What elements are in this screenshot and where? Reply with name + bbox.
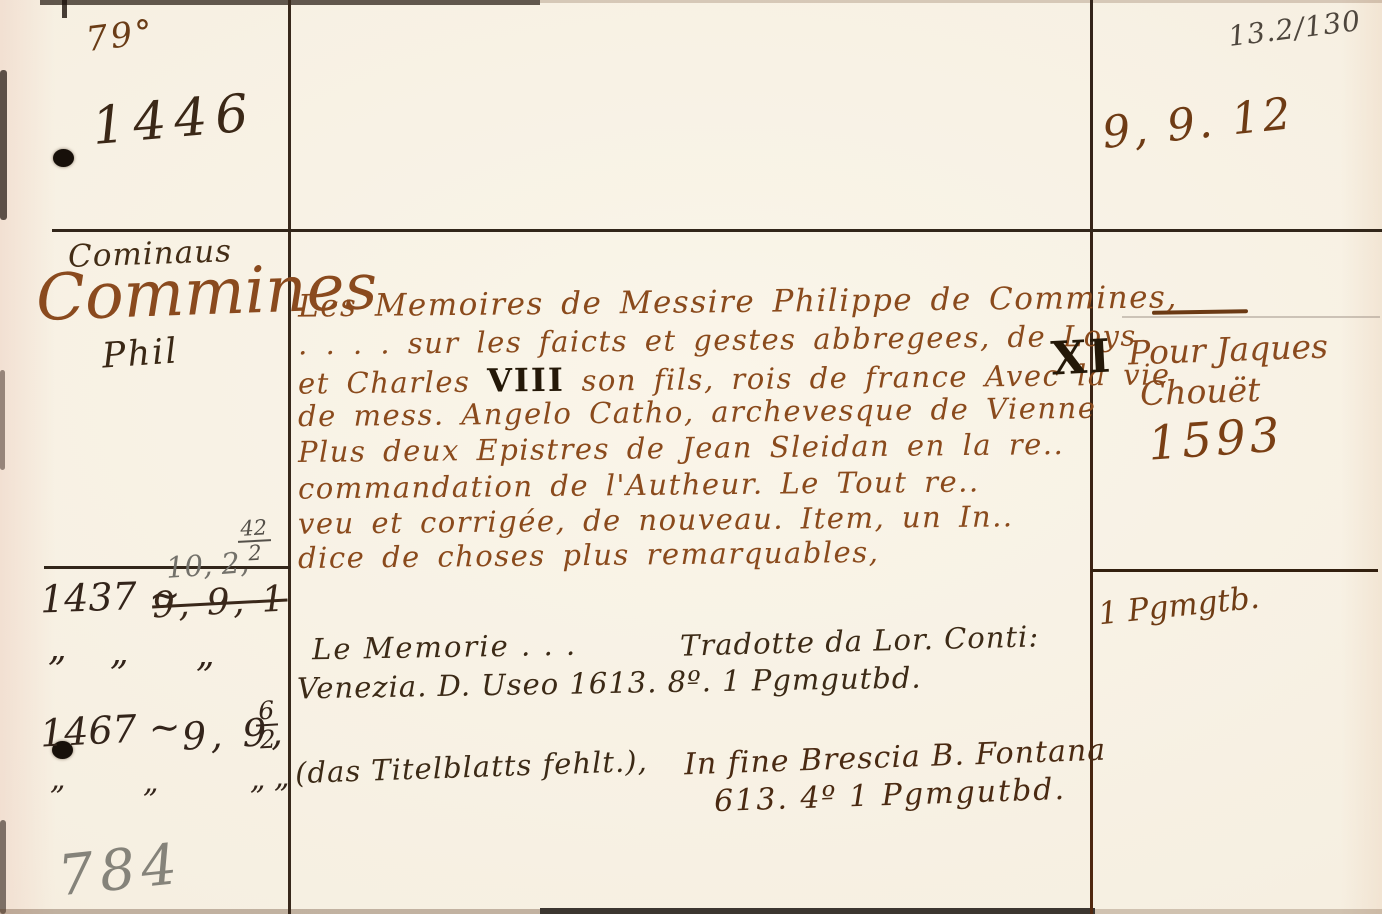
catalog-card: 79° 1446 13.2/130 9, 9. 12 Cominaus Comm… bbox=[0, 0, 1382, 914]
pencil-number: 784 bbox=[55, 832, 186, 910]
publisher-line-2: Chouët bbox=[1139, 370, 1261, 413]
card-edge-left-dark-2 bbox=[0, 370, 5, 470]
missing-titlepage-note: (das Titelblatts fehlt.), bbox=[295, 744, 649, 790]
card-edge-left-dark-1 bbox=[0, 70, 7, 220]
title-line-7: veu et corrigée, de nouveau. Item, un In… bbox=[298, 499, 1014, 540]
italian-translator: Tradotte da Lor. Conti: bbox=[680, 619, 1040, 662]
title-line-2: . . . . sur les faicts et gestes abbrege… bbox=[298, 319, 1137, 362]
ditto-mark: „ bbox=[48, 628, 67, 669]
card-edge-bottom-faint-right bbox=[1095, 909, 1382, 914]
card-edge-bottom-dark bbox=[540, 908, 1095, 914]
right-binding-note: 1 Pgmgtb. bbox=[1097, 580, 1262, 633]
title-line-8: dice de choses plus remarquables, bbox=[298, 535, 880, 575]
holdings-row1-pencil-fraction: 42 2 bbox=[237, 517, 272, 565]
rule-vertical-right bbox=[1090, 0, 1093, 914]
publisher-line-1: Pour Jaques bbox=[1127, 327, 1328, 373]
title-line-3-pre: et Charles bbox=[298, 365, 487, 401]
ditto-mark: „ bbox=[250, 762, 266, 797]
ditto-mark: „ bbox=[196, 634, 215, 675]
rule-horizontal-right-column bbox=[1091, 569, 1378, 572]
old-shelfmark: 9, 9. 12 bbox=[1100, 88, 1296, 159]
title-line-6: commandation de l'Autheur. Le Tout re.. bbox=[298, 464, 980, 505]
format-mark: 79° bbox=[84, 12, 158, 60]
card-edge-bottom-faint-left bbox=[0, 909, 540, 914]
author-forename: Phil bbox=[101, 331, 180, 376]
title-line-1: Les Memoires de Messire Philippe de Comm… bbox=[298, 279, 1178, 324]
card-edge-top-faint bbox=[540, 0, 1382, 3]
ditto-mark: „ bbox=[110, 632, 129, 673]
fraction-denominator: 2 bbox=[248, 542, 263, 565]
hole-punch-top bbox=[53, 149, 74, 167]
ditto-mark: „ bbox=[50, 762, 66, 797]
italian-imprint: Venezia. D. Useo 1613. 8º. 1 Pgmgutbd. bbox=[297, 661, 922, 706]
holdings-row1-pencil-shelfmark: 10, 2, bbox=[165, 545, 250, 585]
publication-year: 1593 bbox=[1146, 407, 1285, 471]
pencil-line-right-column bbox=[1122, 316, 1380, 318]
rule-horizontal-top bbox=[52, 229, 1382, 232]
fraction-numerator: 6 bbox=[255, 697, 278, 726]
holdings-row2-fraction: 6 2 bbox=[255, 697, 280, 752]
holdings-row1-struck-shelfmark: 9, 9, 1 bbox=[151, 578, 288, 626]
holdings-row2-number: 1467 ~ bbox=[39, 704, 182, 755]
fraction-denominator: 2 bbox=[259, 726, 276, 753]
title-line-5: Plus deux Epistres de Jean Sleidan en la… bbox=[298, 427, 1065, 469]
title-line-4: de mess. Angelo Catho, archevesque de Vi… bbox=[298, 391, 1097, 433]
ditto-mark: „ bbox=[143, 765, 159, 800]
regnal-numeral-xi: XI bbox=[1050, 328, 1114, 385]
fraction-numerator: 42 bbox=[237, 517, 271, 543]
italian-title: Le Memorie . . . bbox=[312, 628, 578, 667]
ditto-mark: „ bbox=[274, 760, 290, 795]
card-edge-left-dark-3 bbox=[0, 820, 6, 914]
modern-shelfmark: 13.2/130 bbox=[1226, 4, 1362, 53]
card-corner-top-left-mark bbox=[62, 0, 67, 18]
accession-number: 1446 bbox=[90, 83, 259, 157]
regnal-numeral-viii: VIII bbox=[487, 361, 565, 400]
